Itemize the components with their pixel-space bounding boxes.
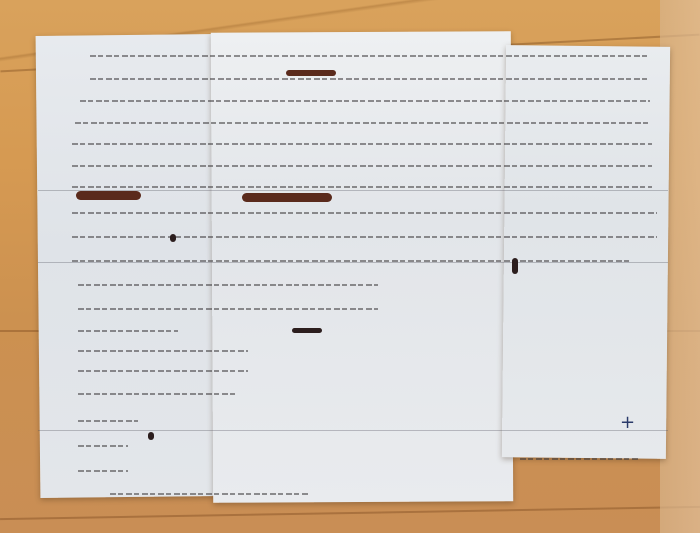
- ink-blot: [292, 328, 322, 333]
- floor-plank-seam: [0, 506, 700, 520]
- horizontal-fold-line: [38, 430, 668, 431]
- ink-blot: [148, 432, 154, 440]
- wax-hole-stain: [286, 70, 336, 76]
- wax-hole-stain: [242, 193, 332, 202]
- blue-cross-mark: +: [620, 412, 635, 433]
- manuscript-right-panel: [502, 45, 670, 459]
- ink-blot: [512, 258, 518, 274]
- manuscript-left-panel: [36, 34, 223, 498]
- horizontal-fold-line: [38, 262, 668, 263]
- ink-blot: [170, 234, 176, 242]
- wax-hole-stain: [76, 191, 141, 200]
